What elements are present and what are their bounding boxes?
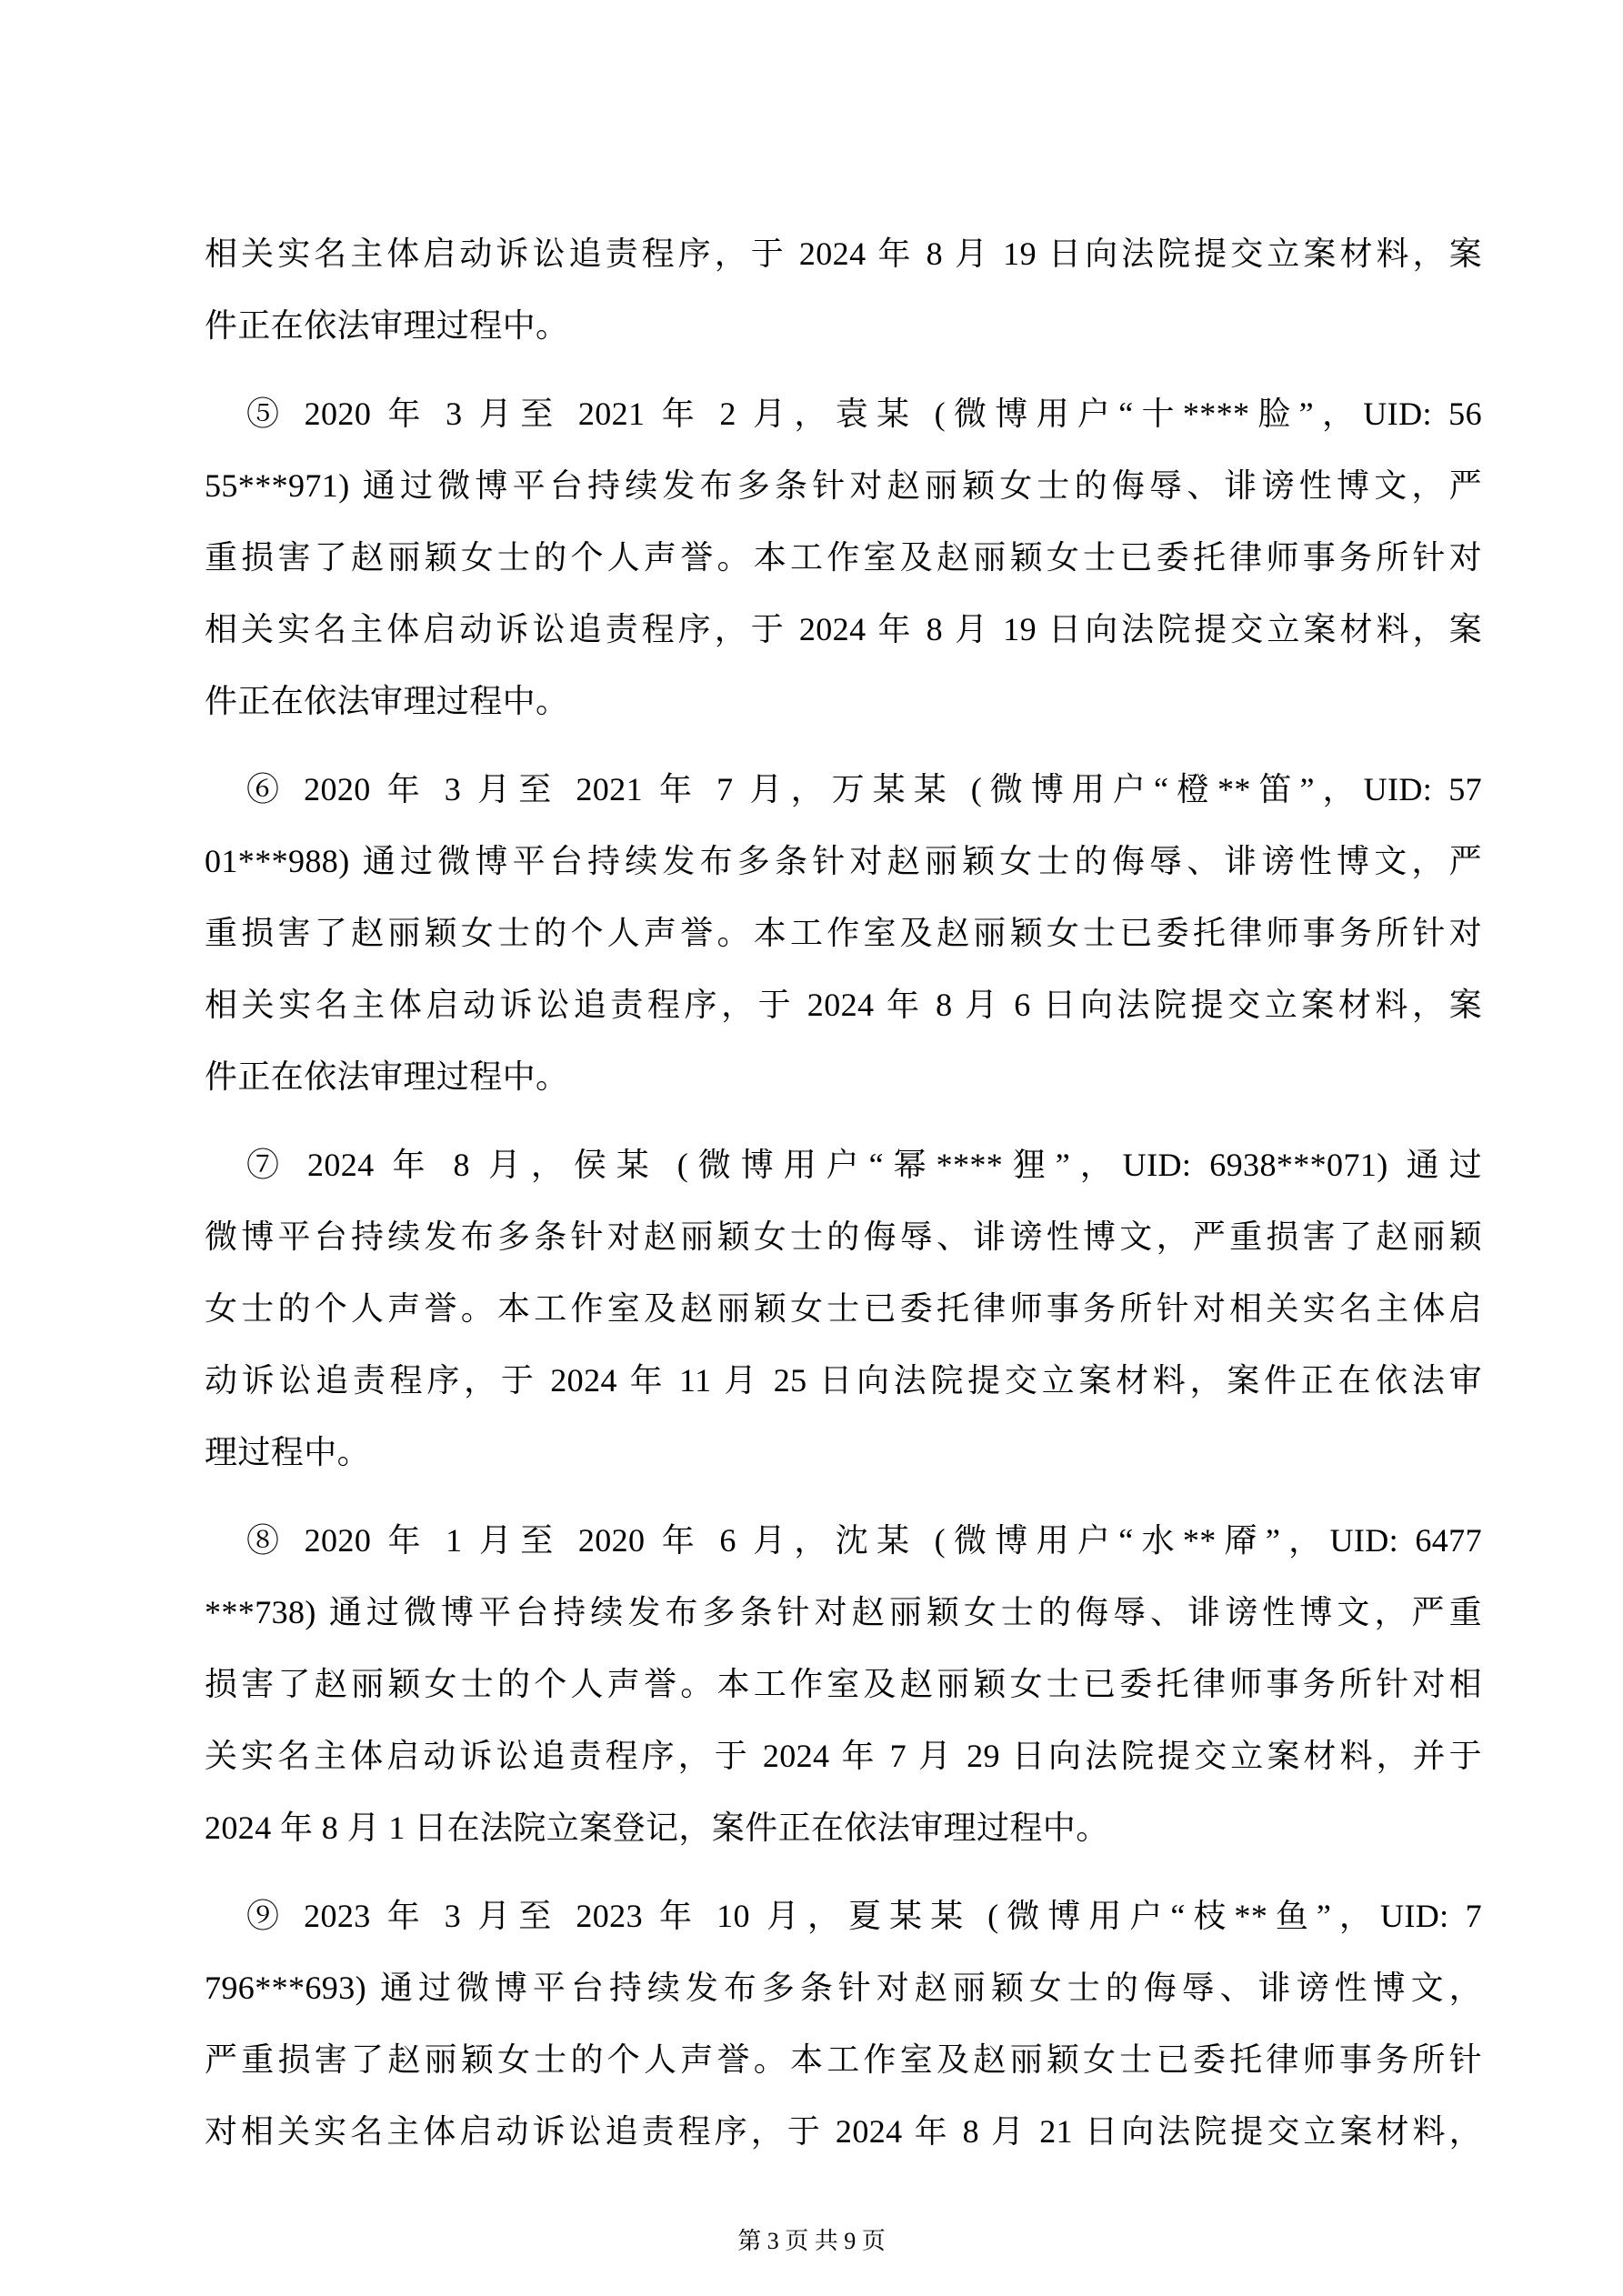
text-line: 件正在依法审理过程中。 xyxy=(205,1041,1482,1113)
text-line: ⑨ 2023 年 3 月至 2023 年 10 月，夏某某 (微博用户“枝**鱼… xyxy=(205,1880,1482,1952)
text-line: 重损害了赵丽颖女士的个人声誉。本工作室及赵丽颖女士已委托律师事务所针对 xyxy=(205,522,1482,594)
document-page: 相关实名主体启动诉讼追责程序，于 2024 年 8 月 19 日向法院提交立案材… xyxy=(0,0,1623,2296)
text-line: 01***988) 通过微博平台持续发布多条针对赵丽颖女士的侮辱、诽谤性博文，严 xyxy=(205,826,1482,897)
text-line: 相关实名主体启动诉讼追责程序，于 2024 年 8 月 19 日向法院提交立案材… xyxy=(205,594,1482,666)
text-line: ⑥ 2020 年 3 月至 2021 年 7 月，万某某 (微博用户“橙**笛”… xyxy=(205,754,1482,826)
text-line: ⑧ 2020 年 1 月至 2020 年 6 月，沈某 (微博用户“水**厣”，… xyxy=(205,1505,1482,1577)
text-line: ⑦ 2024 年 8 月，侯某 (微博用户“幂****狸”，UID: 6938*… xyxy=(205,1129,1482,1201)
text-line: 理过程中。 xyxy=(205,1417,1482,1489)
text-line: 女士的个人声誉。本工作室及赵丽颖女士已委托律师事务所针对相关实名主体启 xyxy=(205,1273,1482,1345)
page-number-footer: 第 3 页 共 9 页 xyxy=(0,2226,1623,2257)
text-line: 动诉讼追责程序，于 2024 年 11 月 25 日向法院提交立案材料，案件正在… xyxy=(205,1345,1482,1417)
document-body: 相关实名主体启动诉讼追责程序，于 2024 年 8 月 19 日向法院提交立案材… xyxy=(205,218,1482,2168)
text-line: 2024 年 8 月 1 日在法院立案登记，案件正在依法审理过程中。 xyxy=(205,1792,1482,1864)
text-line: ***738) 通过微博平台持续发布多条针对赵丽颖女士的侮辱、诽谤性博文，严重 xyxy=(205,1577,1482,1649)
paragraph-8: ⑧ 2020 年 1 月至 2020 年 6 月，沈某 (微博用户“水**厣”，… xyxy=(205,1505,1482,1864)
text-line: 关实名主体启动诉讼追责程序，于 2024 年 7 月 29 日向法院提交立案材料… xyxy=(205,1720,1482,1792)
text-line: 对相关实名主体启动诉讼追责程序，于 2024 年 8 月 21 日向法院提交立案… xyxy=(205,2096,1482,2168)
paragraph-6: ⑥ 2020 年 3 月至 2021 年 7 月，万某某 (微博用户“橙**笛”… xyxy=(205,754,1482,1113)
text-line: 微博平台持续发布多条针对赵丽颖女士的侮辱、诽谤性博文，严重损害了赵丽颖 xyxy=(205,1201,1482,1273)
text-line: 796***693) 通过微博平台持续发布多条针对赵丽颖女士的侮辱、诽谤性博文， xyxy=(205,1952,1482,2024)
text-line: 严重损害了赵丽颖女士的个人声誉。本工作室及赵丽颖女士已委托律师事务所针 xyxy=(205,2024,1482,2096)
text-line: 相关实名主体启动诉讼追责程序，于 2024 年 8 月 19 日向法院提交立案材… xyxy=(205,218,1482,290)
text-line: 件正在依法审理过程中。 xyxy=(205,666,1482,737)
paragraph-9: ⑨ 2023 年 3 月至 2023 年 10 月，夏某某 (微博用户“枝**鱼… xyxy=(205,1880,1482,2168)
paragraph-4-continued: 相关实名主体启动诉讼追责程序，于 2024 年 8 月 19 日向法院提交立案材… xyxy=(205,218,1482,362)
paragraph-7: ⑦ 2024 年 8 月，侯某 (微博用户“幂****狸”，UID: 6938*… xyxy=(205,1129,1482,1489)
text-line: ⑤ 2020 年 3 月至 2021 年 2 月，袁某 (微博用户“十****脸… xyxy=(205,378,1482,450)
text-line: 55***971) 通过微博平台持续发布多条针对赵丽颖女士的侮辱、诽谤性博文，严 xyxy=(205,450,1482,522)
text-line: 相关实名主体启动诉讼追责程序，于 2024 年 8 月 6 日向法院提交立案材料… xyxy=(205,969,1482,1041)
text-line: 件正在依法审理过程中。 xyxy=(205,290,1482,362)
text-line: 重损害了赵丽颖女士的个人声誉。本工作室及赵丽颖女士已委托律师事务所针对 xyxy=(205,897,1482,969)
text-line: 损害了赵丽颖女士的个人声誉。本工作室及赵丽颖女士已委托律师事务所针对相 xyxy=(205,1649,1482,1720)
paragraph-5: ⑤ 2020 年 3 月至 2021 年 2 月，袁某 (微博用户“十****脸… xyxy=(205,378,1482,737)
